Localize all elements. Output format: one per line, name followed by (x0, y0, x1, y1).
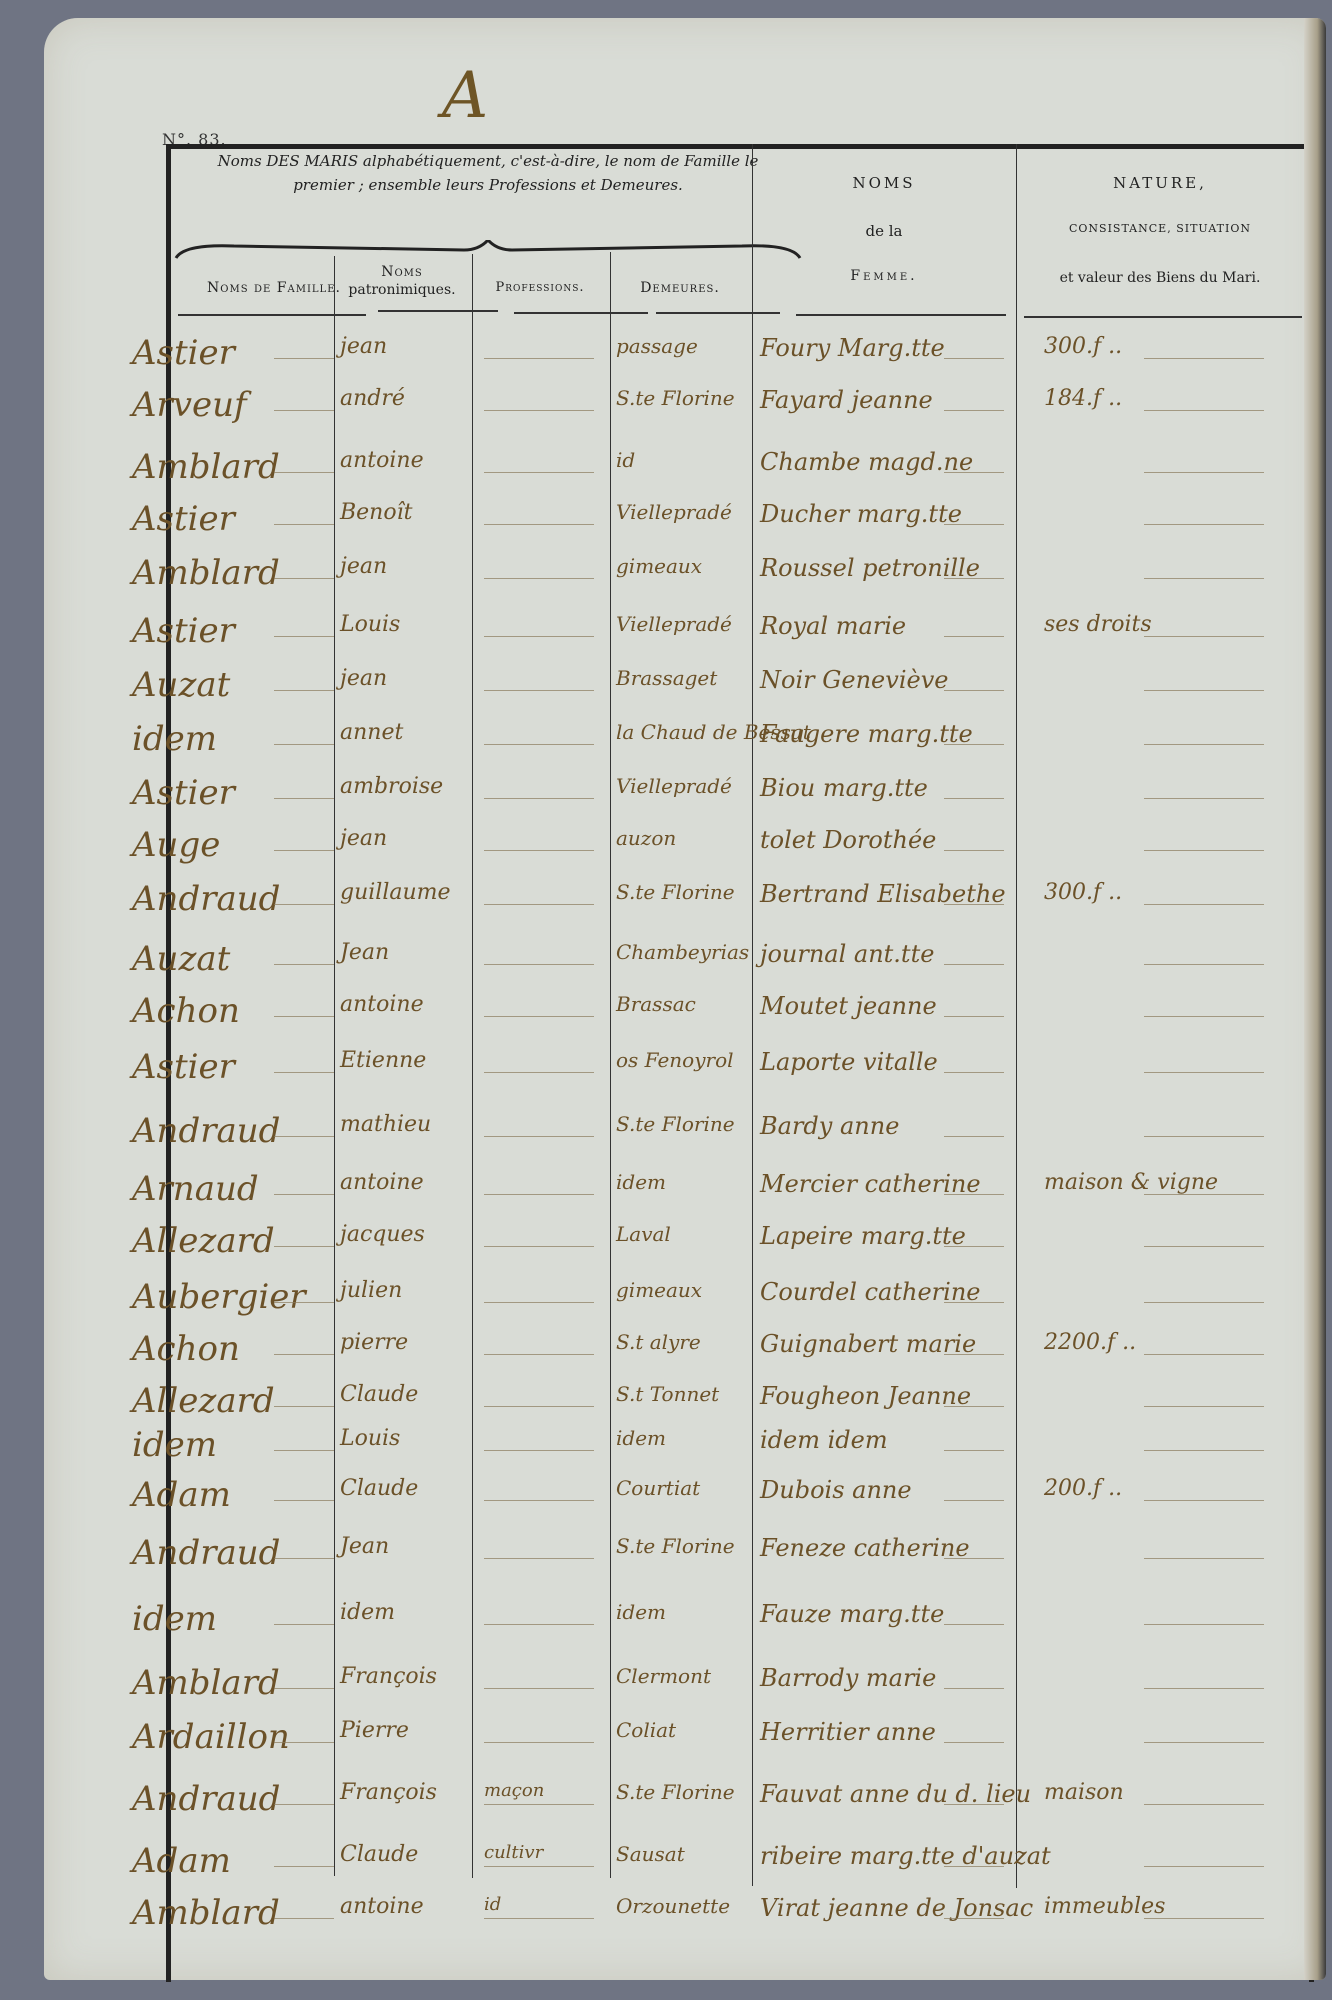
filler-dash (1144, 578, 1264, 579)
filler-dash (944, 850, 1004, 851)
header-rule (1024, 316, 1302, 318)
filler-dash (1144, 1072, 1264, 1073)
filler-dash (484, 1072, 594, 1073)
husband-family-name: Astier (132, 502, 235, 536)
filler-dash (274, 1136, 334, 1137)
wife-name: Fauze marg.tte (760, 1602, 944, 1626)
husband-residence: Sausat (616, 1844, 685, 1864)
husband-residence: gimeaux (616, 556, 702, 576)
register-page: A N°. 83. Noms DES MARIS alphabétiquemen… (44, 18, 1326, 1980)
wife-name: Ducher marg.tte (760, 502, 962, 526)
filler-dash (274, 1624, 334, 1625)
filler-dash (1144, 524, 1264, 525)
husband-group-title-line2: premier ; ensemble leurs Professions et … (174, 176, 802, 194)
wife-name: Roussel petronille (760, 556, 980, 580)
column-divider (472, 254, 473, 1878)
wife-name: Fayard jeanne (760, 388, 933, 412)
husband-family-name: Andraud (132, 1114, 280, 1148)
filler-dash (1144, 472, 1264, 473)
husband-residence: Brassaget (616, 668, 717, 688)
husband-residence: S.te Florine (616, 388, 735, 408)
filler-dash (484, 1354, 594, 1355)
filler-dash (1144, 1302, 1264, 1303)
filler-dash (944, 904, 1004, 905)
filler-dash (1144, 1918, 1264, 1919)
husband-given-name: Claude (340, 1844, 418, 1866)
husband-residence: Coliat (616, 1720, 676, 1740)
filler-dash (274, 1500, 334, 1501)
filler-dash (274, 1866, 334, 1867)
filler-dash (274, 636, 334, 637)
col-header-nature-3: et valeur des Biens du Mari. (1020, 270, 1300, 287)
husband-given-name: Benoît (340, 502, 412, 524)
filler-dash (944, 1302, 1004, 1303)
filler-dash (1144, 1450, 1264, 1451)
filler-dash (944, 690, 1004, 691)
filler-dash (1144, 1624, 1264, 1625)
filler-dash (944, 1072, 1004, 1073)
husband-group-title-line1: Noms DES MARIS alphabétiquement, c'est-à… (174, 152, 802, 170)
husband-profession: cultivr (484, 1844, 543, 1862)
husband-family-name: Aubergier (132, 1280, 306, 1314)
wife-name: Dubois anne (760, 1478, 912, 1502)
filler-dash (274, 1406, 334, 1407)
filler-dash (274, 410, 334, 411)
filler-dash (944, 410, 1004, 411)
col-header-nature-2: CONSISTANCE, SITUATION (1020, 222, 1300, 235)
filler-dash (1144, 690, 1264, 691)
filler-dash (944, 524, 1004, 525)
filler-dash (274, 798, 334, 799)
filler-dash (274, 1688, 334, 1689)
filler-dash (944, 1688, 1004, 1689)
filler-dash (944, 472, 1004, 473)
filler-dash (274, 358, 334, 359)
filler-dash (274, 1558, 334, 1559)
filler-dash (484, 850, 594, 851)
filler-dash (1144, 1136, 1264, 1137)
husband-residence: Viellepradé (616, 614, 732, 634)
wife-name: Chambe magd.ne (760, 450, 973, 474)
husband-family-name: Astier (132, 1050, 235, 1084)
col-header-professions: Professions. (472, 280, 608, 296)
husband-profession: maçon (484, 1782, 544, 1800)
wife-name: Faugere marg.tte (760, 722, 973, 746)
filler-dash (944, 744, 1004, 745)
wife-name: Virat jeanne de Jonsac (760, 1896, 1033, 1920)
husband-given-name: guillaume (340, 882, 451, 904)
filler-dash (484, 1624, 594, 1625)
filler-dash (944, 1804, 1004, 1805)
filler-dash (944, 1500, 1004, 1501)
husband-given-name: andré (340, 388, 405, 410)
husband-given-name: jacques (340, 1224, 425, 1246)
wife-name: journal ant.tte (760, 942, 934, 966)
husband-family-name: Auge (132, 828, 220, 862)
col-header-femme-3: Femme. (754, 268, 1014, 285)
filler-dash (484, 1500, 594, 1501)
header-rule (178, 314, 366, 316)
filler-dash (1144, 904, 1264, 905)
husband-property: 2200.f .. (1044, 1332, 1136, 1354)
filler-dash (944, 358, 1004, 359)
wife-name: Noir Geneviève (760, 668, 948, 692)
filler-dash (484, 964, 594, 965)
husband-family-name: Ardaillon (132, 1720, 290, 1754)
filler-dash (274, 1302, 334, 1303)
filler-dash (484, 524, 594, 525)
filler-dash (1144, 636, 1264, 637)
filler-dash (274, 1742, 334, 1743)
filler-dash (944, 1742, 1004, 1743)
husband-given-name: mathieu (340, 1114, 431, 1136)
wife-name: Fougheon Jeanne (760, 1384, 971, 1408)
filler-dash (274, 1194, 334, 1195)
filler-dash (274, 1072, 334, 1073)
filler-dash (1144, 1688, 1264, 1689)
wife-name: Courdel catherine (760, 1280, 980, 1304)
husband-family-name: Astier (132, 776, 235, 810)
husband-property: 300.f .. (1044, 336, 1122, 358)
filler-dash (484, 636, 594, 637)
wife-name: Barrody marie (760, 1666, 936, 1690)
filler-dash (274, 744, 334, 745)
filler-dash (274, 1450, 334, 1451)
filler-dash (944, 1558, 1004, 1559)
column-divider (610, 252, 611, 1878)
husband-family-name: idem (132, 722, 217, 756)
brace-ornament (174, 240, 802, 260)
filler-dash (274, 1246, 334, 1247)
wife-name: idem idem (760, 1428, 888, 1452)
husband-family-name: Auzat (132, 942, 230, 976)
filler-dash (944, 578, 1004, 579)
wife-name: Bardy anne (760, 1114, 899, 1138)
husband-family-name: Andraud (132, 1536, 280, 1570)
filler-dash (484, 904, 594, 905)
husband-residence: Laval (616, 1224, 671, 1244)
filler-dash (1144, 1354, 1264, 1355)
filler-dash (484, 690, 594, 691)
section-letter: A (442, 64, 488, 128)
husband-property: maison & vigne (1044, 1172, 1218, 1194)
header-rule (378, 310, 498, 312)
husband-property: 200.f .. (1044, 1478, 1122, 1500)
husband-residence: Orzounette (616, 1896, 730, 1916)
husband-given-name: antoine (340, 450, 424, 472)
filler-dash (944, 1194, 1004, 1195)
husband-family-name: idem (132, 1602, 217, 1636)
husband-given-name: ambroise (340, 776, 443, 798)
husband-given-name: Claude (340, 1478, 418, 1500)
filler-dash (1144, 744, 1264, 745)
husband-residence: S.te Florine (616, 1782, 735, 1802)
filler-dash (484, 1918, 594, 1919)
wife-name: tolet Dorothée (760, 828, 936, 852)
filler-dash (1144, 1866, 1264, 1867)
filler-dash (1144, 1194, 1264, 1195)
husband-property: maison (1044, 1782, 1124, 1804)
filler-dash (944, 1136, 1004, 1137)
husband-given-name: Louis (340, 1428, 400, 1450)
filler-dash (484, 1742, 594, 1743)
column-divider (1016, 144, 1017, 1888)
filler-dash (484, 744, 594, 745)
husband-given-name: Etienne (340, 1050, 426, 1072)
husband-given-name: Pierre (340, 1720, 409, 1742)
wife-name: Feneze catherine (760, 1536, 970, 1560)
filler-dash (484, 1558, 594, 1559)
filler-dash (484, 1406, 594, 1407)
husband-family-name: Adam (132, 1844, 231, 1878)
filler-dash (274, 472, 334, 473)
filler-dash (274, 904, 334, 905)
husband-family-name: Amblard (132, 1666, 280, 1700)
husband-family-name: Allezard (132, 1224, 275, 1258)
filler-dash (484, 1136, 594, 1137)
filler-dash (944, 1866, 1004, 1867)
filler-dash (484, 1450, 594, 1451)
husband-family-name: Astier (132, 336, 235, 370)
filler-dash (944, 1016, 1004, 1017)
wife-name: Fauvat anne du d. lieu (760, 1782, 1031, 1806)
husband-residence: id (616, 450, 635, 470)
wife-name: Biou marg.tte (760, 776, 928, 800)
filler-dash (944, 1406, 1004, 1407)
col-header-nature-1: NATURE, (1020, 174, 1300, 192)
filler-dash (484, 1866, 594, 1867)
husband-given-name: Jean (340, 1536, 389, 1558)
husband-residence: auzon (616, 828, 676, 848)
wife-name: Foury Marg.tte (760, 336, 945, 360)
filler-dash (1144, 1500, 1264, 1501)
husband-residence: idem (616, 1602, 666, 1622)
filler-dash (1144, 1016, 1264, 1017)
husband-residence: gimeaux (616, 1280, 702, 1300)
filler-dash (484, 410, 594, 411)
col-header-femme-2: de la (754, 222, 1014, 240)
husband-residence: os Fenoyrol (616, 1050, 734, 1070)
filler-dash (1144, 358, 1264, 359)
wife-name: Lapeire marg.tte (760, 1224, 966, 1248)
wife-name: Laporte vitalle (760, 1050, 938, 1074)
husband-property: immeubles (1044, 1896, 1165, 1918)
filler-dash (484, 1804, 594, 1805)
husband-profession: id (484, 1896, 501, 1914)
filler-dash (274, 1804, 334, 1805)
filler-dash (1144, 1558, 1264, 1559)
husband-given-name: julien (340, 1280, 402, 1302)
wife-name: Bertrand Elisabethe (760, 882, 1006, 906)
wife-name: Herritier anne (760, 1720, 936, 1744)
husband-residence: Viellepradé (616, 776, 732, 796)
husband-family-name: Arnaud (132, 1172, 259, 1206)
husband-family-name: idem (132, 1428, 217, 1462)
filler-dash (1144, 850, 1264, 851)
filler-dash (1144, 964, 1264, 965)
filler-dash (484, 1194, 594, 1195)
table-frame (166, 144, 1314, 1982)
filler-dash (1144, 1406, 1264, 1407)
filler-dash (484, 1302, 594, 1303)
filler-dash (484, 1016, 594, 1017)
col-header-patronymiques-1: Noms (334, 264, 470, 281)
husband-residence: Brassac (616, 994, 696, 1014)
husband-property: 184.f .. (1044, 388, 1122, 410)
filler-dash (274, 1016, 334, 1017)
husband-given-name: idem (340, 1602, 395, 1624)
husband-given-name: Claude (340, 1384, 418, 1406)
filler-dash (484, 578, 594, 579)
wife-name: Guignabert marie (760, 1332, 976, 1356)
column-divider (752, 144, 753, 1886)
husband-given-name: jean (340, 828, 387, 850)
filler-dash (484, 1246, 594, 1247)
husband-family-name: Achon (132, 994, 240, 1028)
husband-family-name: Andraud (132, 882, 280, 916)
filler-dash (274, 578, 334, 579)
filler-dash (944, 964, 1004, 965)
husband-family-name: Allezard (132, 1384, 275, 1418)
filler-dash (944, 1354, 1004, 1355)
husband-given-name: François (340, 1666, 437, 1688)
filler-dash (1144, 1804, 1264, 1805)
husband-family-name: Arveuf (132, 388, 247, 422)
filler-dash (274, 964, 334, 965)
filler-dash (944, 1624, 1004, 1625)
husband-given-name: François (340, 1782, 437, 1804)
husband-residence: idem (616, 1428, 666, 1448)
husband-residence: S.te Florine (616, 1536, 735, 1556)
husband-residence: Chambeyrias (616, 942, 749, 962)
filler-dash (484, 798, 594, 799)
husband-property: 300.f .. (1044, 882, 1122, 904)
husband-property: ses droits (1044, 614, 1152, 636)
header-rule (796, 314, 1006, 316)
husband-family-name: Achon (132, 1332, 240, 1366)
header-rule (656, 312, 780, 314)
filler-dash (1144, 410, 1264, 411)
filler-dash (484, 472, 594, 473)
wife-name: Royal marie (760, 614, 906, 638)
col-header-femme-1: NOMS (754, 174, 1014, 192)
husband-given-name: antoine (340, 1172, 424, 1194)
husband-residence: S.t Tonnet (616, 1384, 719, 1404)
husband-residence: passage (616, 336, 698, 356)
filler-dash (484, 1688, 594, 1689)
husband-residence: Viellepradé (616, 502, 732, 522)
wife-name: Moutet jeanne (760, 994, 937, 1018)
filler-dash (274, 690, 334, 691)
filler-dash (484, 358, 594, 359)
filler-dash (944, 1246, 1004, 1247)
husband-given-name: jean (340, 336, 387, 358)
husband-given-name: Louis (340, 614, 400, 636)
husband-given-name: jean (340, 556, 387, 578)
husband-residence: idem (616, 1172, 666, 1192)
husband-family-name: Amblard (132, 450, 280, 484)
filler-dash (274, 1918, 334, 1919)
husband-given-name: jean (340, 668, 387, 690)
filler-dash (944, 1450, 1004, 1451)
husband-given-name: antoine (340, 1896, 424, 1918)
wife-name: ribeire marg.tte d'auzat (760, 1844, 1051, 1868)
husband-residence: S.t alyre (616, 1332, 701, 1352)
filler-dash (274, 850, 334, 851)
filler-dash (944, 636, 1004, 637)
filler-dash (274, 1354, 334, 1355)
filler-dash (1144, 1246, 1264, 1247)
header-rule (514, 312, 648, 314)
husband-residence: S.te Florine (616, 882, 735, 902)
husband-residence: Clermont (616, 1666, 711, 1686)
husband-family-name: Amblard (132, 1896, 280, 1930)
filler-dash (1144, 1742, 1264, 1743)
husband-family-name: Astier (132, 614, 235, 648)
col-header-demeures: Demeures. (610, 280, 750, 297)
husband-family-name: Auzat (132, 668, 230, 702)
husband-residence: Courtiat (616, 1478, 700, 1498)
filler-dash (944, 798, 1004, 799)
filler-dash (274, 524, 334, 525)
husband-given-name: Jean (340, 942, 389, 964)
column-divider (334, 256, 335, 1876)
husband-family-name: Amblard (132, 556, 280, 590)
husband-given-name: antoine (340, 994, 424, 1016)
filler-dash (1144, 798, 1264, 799)
husband-family-name: Andraud (132, 1782, 280, 1816)
wife-name: Mercier catherine (760, 1172, 981, 1196)
husband-residence: S.te Florine (616, 1114, 735, 1134)
husband-given-name: annet (340, 722, 403, 744)
husband-given-name: pierre (340, 1332, 408, 1354)
husband-family-name: Adam (132, 1478, 231, 1512)
col-header-patronymiques-2: patronimiques. (334, 282, 470, 299)
filler-dash (944, 1918, 1004, 1919)
